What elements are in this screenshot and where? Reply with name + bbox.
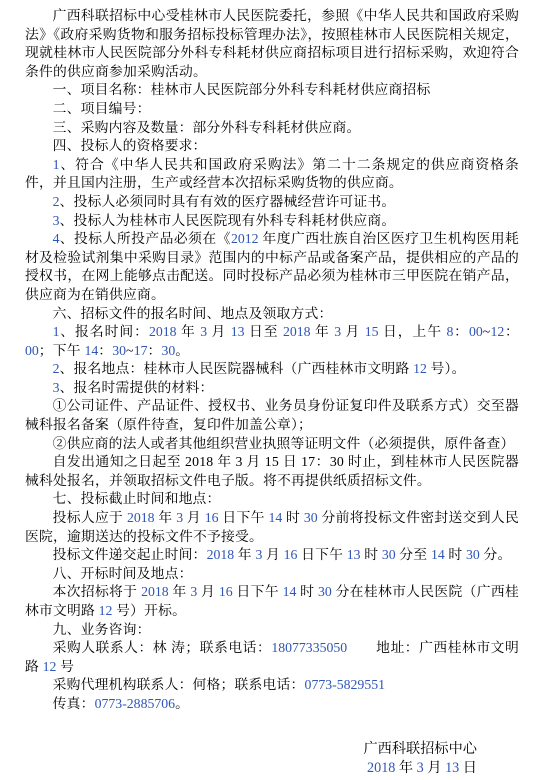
text-segment: 日至 [245, 324, 283, 339]
text-segment: 。 [175, 343, 189, 358]
number-text: 14 [431, 547, 445, 562]
text-segment: 采购人联系人：林 涛；联系电话： [53, 640, 272, 655]
paragraph: 3、报名时需提供的材料： [25, 379, 519, 398]
text-segment: 时 [296, 584, 318, 599]
paragraph: 投标文件递交起止时间：2018 年 3 月 16 日下午 13 时 30 分至 … [25, 546, 519, 565]
text-segment: 日下午 [233, 584, 283, 599]
text-segment: 时 [282, 510, 304, 525]
text-segment: 年 [234, 547, 255, 562]
text-segment: 、报名地点：桂林市人民医院器械科（广西桂林市文明路 [60, 361, 414, 376]
number-text: 13 [231, 324, 245, 339]
number-text: 12 [413, 361, 427, 376]
text-segment: 六、招标文件的报名时间、地点及领取方式： [53, 306, 333, 321]
number-text: 12 [99, 603, 113, 618]
text-segment: 广西科联招标中心 [363, 741, 477, 757]
number-text: 0773-5829551 [305, 677, 385, 692]
paragraph: 采购代理机构联系人：何格；联系电话：0773-5829551 [25, 676, 519, 695]
text-segment: 时 [361, 547, 382, 562]
number-text: 14 [84, 343, 98, 358]
text-segment: 日，上午 [379, 324, 447, 339]
text-segment: 采购代理机构联系人：何格；联系电话： [53, 677, 305, 692]
text-segment: 年 [395, 760, 416, 776]
text-segment: 月 [341, 324, 365, 339]
number-text: 2018 [367, 760, 395, 776]
text-segment: 日下午 [297, 547, 346, 562]
number-text: 0773-2885706 [95, 696, 175, 711]
text-segment: 、报名时需提供的材料： [60, 380, 214, 395]
number-text: 2 [53, 361, 60, 376]
number-text: 12 [43, 659, 57, 674]
number-text: 30 [162, 343, 176, 358]
number-text: 2018 [149, 324, 177, 339]
text-segment: 年 [155, 510, 177, 525]
paragraph: 六、招标文件的报名时间、地点及领取方式： [25, 305, 519, 324]
text-segment: ： [504, 324, 519, 339]
text-segment: 日 [459, 760, 477, 776]
paragraph: 传真：0773-2885706。 [25, 695, 519, 714]
text-segment: 投标人应于 [53, 510, 127, 525]
text-segment: 分至 [396, 547, 431, 562]
paragraph: 三、采购内容及数量：部分外科专科耗材供应商。 [25, 119, 519, 138]
paragraph: 2、报名地点：桂林市人民医院器械科（广西桂林市文明路 12 号）。 [25, 360, 519, 379]
number-text: 2018 [283, 324, 311, 339]
signature-org-name: 广西科联招标中心 [25, 740, 477, 759]
paragraph: 二、项目编号： [25, 100, 519, 119]
number-text: 18077335050 [271, 640, 347, 655]
number-text: 2012 [231, 231, 259, 246]
number-text: 14 [283, 584, 297, 599]
signature-block: 广西科联招标中心2018 年 3 月 13 日 [25, 740, 519, 778]
number-text: 2018 [141, 584, 169, 599]
paragraph: 七、投标截止时间和地点： [25, 490, 519, 509]
number-text: 2018 [207, 547, 235, 562]
paragraph: ②供应商的法人或者其他组织营业执照等证明文件（必须提供，原件备查） [25, 435, 519, 454]
text-segment: ： [453, 324, 469, 339]
text-segment: 号 [56, 659, 74, 674]
document-body: 广西科联招标中心受桂林市人民医院委托，参照《中华人民共和国政府采购法》《政府采购… [25, 7, 519, 714]
text-segment: 月 [207, 324, 231, 339]
number-text: 13 [445, 760, 459, 776]
text-segment: 传真： [53, 696, 95, 711]
text-segment: 时 [445, 547, 466, 562]
text-segment: 投标文件递交起止时间： [53, 547, 207, 562]
number-text: 3 [53, 213, 60, 228]
text-segment: 二、项目编号： [53, 101, 151, 116]
number-text: 16 [205, 510, 219, 525]
text-segment: 月 [183, 510, 205, 525]
number-text: 30 [466, 547, 480, 562]
text-segment: 年 [311, 324, 335, 339]
number-text: 3 [417, 760, 424, 776]
number-text: 00 [25, 343, 39, 358]
paragraph: 采购人联系人：林 涛；联系电话：18077335050 地址：广西桂林市文明路 … [25, 639, 519, 676]
text-segment: 月 [197, 584, 219, 599]
text-segment: 年 [169, 584, 191, 599]
paragraph: 八、开标时间及地点： [25, 565, 519, 584]
number-text: 30 [318, 584, 332, 599]
text-segment: 七、投标截止时间和地点： [53, 491, 221, 506]
text-segment: 月 [424, 760, 445, 776]
text-segment: 、报名时间： [60, 324, 149, 339]
paragraph: 3、投标人为桂林市人民医院现有外科专科耗材供应商。 [25, 212, 519, 231]
number-text: 15 [365, 324, 379, 339]
number-text: 30 [304, 510, 318, 525]
text-segment: 本次招标将于 [53, 584, 141, 599]
text-segment: 、投标人为桂林市人民医院现有外科专科耗材供应商。 [60, 213, 396, 228]
paragraph: 4、投标人所投产品必须在《2012 年度广西壮族自治区医疗卫生机构医用耗材及检验… [25, 230, 519, 304]
text-segment: ②供应商的法人或者其他组织营业执照等证明文件（必须提供，原件备查） [53, 436, 515, 451]
paragraph: 广西科联招标中心受桂林市人民医院委托，参照《中华人民共和国政府采购法》《政府采购… [25, 7, 519, 81]
text-segment: 月 [262, 547, 283, 562]
paragraph: 本次招标将于 2018 年 3 月 16 日下午 14 时 30 分在桂林市人民… [25, 583, 519, 620]
text-segment: 、投标人所投产品必须在《 [60, 231, 231, 246]
number-text: 16 [284, 547, 298, 562]
text-segment: ；下午 [39, 343, 85, 358]
paragraph: ①公司证件、产品证件、授权书、业务员身份证复印件及联系方式）交至器械科报名备案（… [25, 397, 519, 434]
number-text: 00 [469, 324, 483, 339]
signature-date: 2018 年 3 月 13 日 [25, 759, 477, 778]
text-segment: 号）开标。 [112, 603, 186, 618]
text-segment: 年 [177, 324, 201, 339]
paragraph: 2、投标人必须同时具有有效的医疗器械经营许可证书。 [25, 193, 519, 212]
number-text: 30 [382, 547, 396, 562]
text-segment: 、投标人必须同时具有有效的医疗器械经营许可证书。 [60, 194, 396, 209]
text-segment: ： [98, 343, 112, 358]
text-segment: 。 [175, 696, 189, 711]
paragraph: 1、符合《中华人民共和国政府采购法》第二十二条规定的供应商资格条件，并且国内注册… [25, 156, 519, 193]
text-segment: ： [148, 343, 162, 358]
text-segment: ①公司证件、产品证件、授权书、业务员身份证复印件及联系方式）交至器械科报名备案（… [25, 398, 519, 432]
paragraph: 九、业务咨询： [25, 621, 519, 640]
text-segment: 四、投标人的资格要求： [53, 138, 207, 153]
number-text: 13 [347, 547, 361, 562]
number-text: 16 [219, 584, 233, 599]
text-segment: 日下午 [219, 510, 269, 525]
paragraph: 投标人应于 2018 年 3 月 16 日下午 14 时 30 分前将投标文件密… [25, 509, 519, 546]
text-segment: 八、开标时间及地点： [53, 566, 193, 581]
number-text: 30 [112, 343, 126, 358]
number-text: 12 [490, 324, 504, 339]
number-text: 4 [53, 231, 60, 246]
text-segment: ~ [126, 343, 134, 358]
number-text: 2 [53, 194, 60, 209]
text-segment: 一、项目名称：桂林市人民医院部分外科专科耗材供应商招标 [53, 82, 431, 97]
paragraph: 一、项目名称：桂林市人民医院部分外科专科耗材供应商招标 [25, 81, 519, 100]
text-segment: 广西科联招标中心受桂林市人民医院委托，参照《中华人民共和国政府采购法》《政府采购… [25, 8, 519, 79]
paragraph: 四、投标人的资格要求： [25, 137, 519, 156]
number-text: 3 [53, 380, 60, 395]
text-segment: 号）。 [427, 361, 466, 376]
number-text: 1 [53, 324, 60, 339]
number-text: 1 [53, 157, 60, 172]
number-text: 2018 [127, 510, 155, 525]
paragraph: 1、报名时间：2018 年 3 月 13 日至 2018 年 3 月 15 日，… [25, 323, 519, 360]
number-text: 14 [268, 510, 282, 525]
paragraph: 自发出通知之日起至 2018 年 3 月 15 日 17：30 时止，到桂林市人… [25, 453, 519, 490]
text-segment: 、符合《中华人民共和国政府采购法》第二十二条规定的供应商资格条件，并且国内注册，… [25, 157, 519, 191]
tender-notice-page: 广西科联招标中心受桂林市人民医院委托，参照《中华人民共和国政府采购法》《政府采购… [0, 0, 544, 780]
number-text: 17 [134, 343, 148, 358]
text-segment: 分。 [480, 547, 512, 562]
text-segment: 三、采购内容及数量：部分外科专科耗材供应商。 [53, 120, 361, 135]
text-segment: 自发出通知之日起至 2018 年 3 月 15 日 17：30 时止，到桂林市人… [25, 454, 519, 488]
text-segment: 九、业务咨询： [53, 622, 151, 637]
